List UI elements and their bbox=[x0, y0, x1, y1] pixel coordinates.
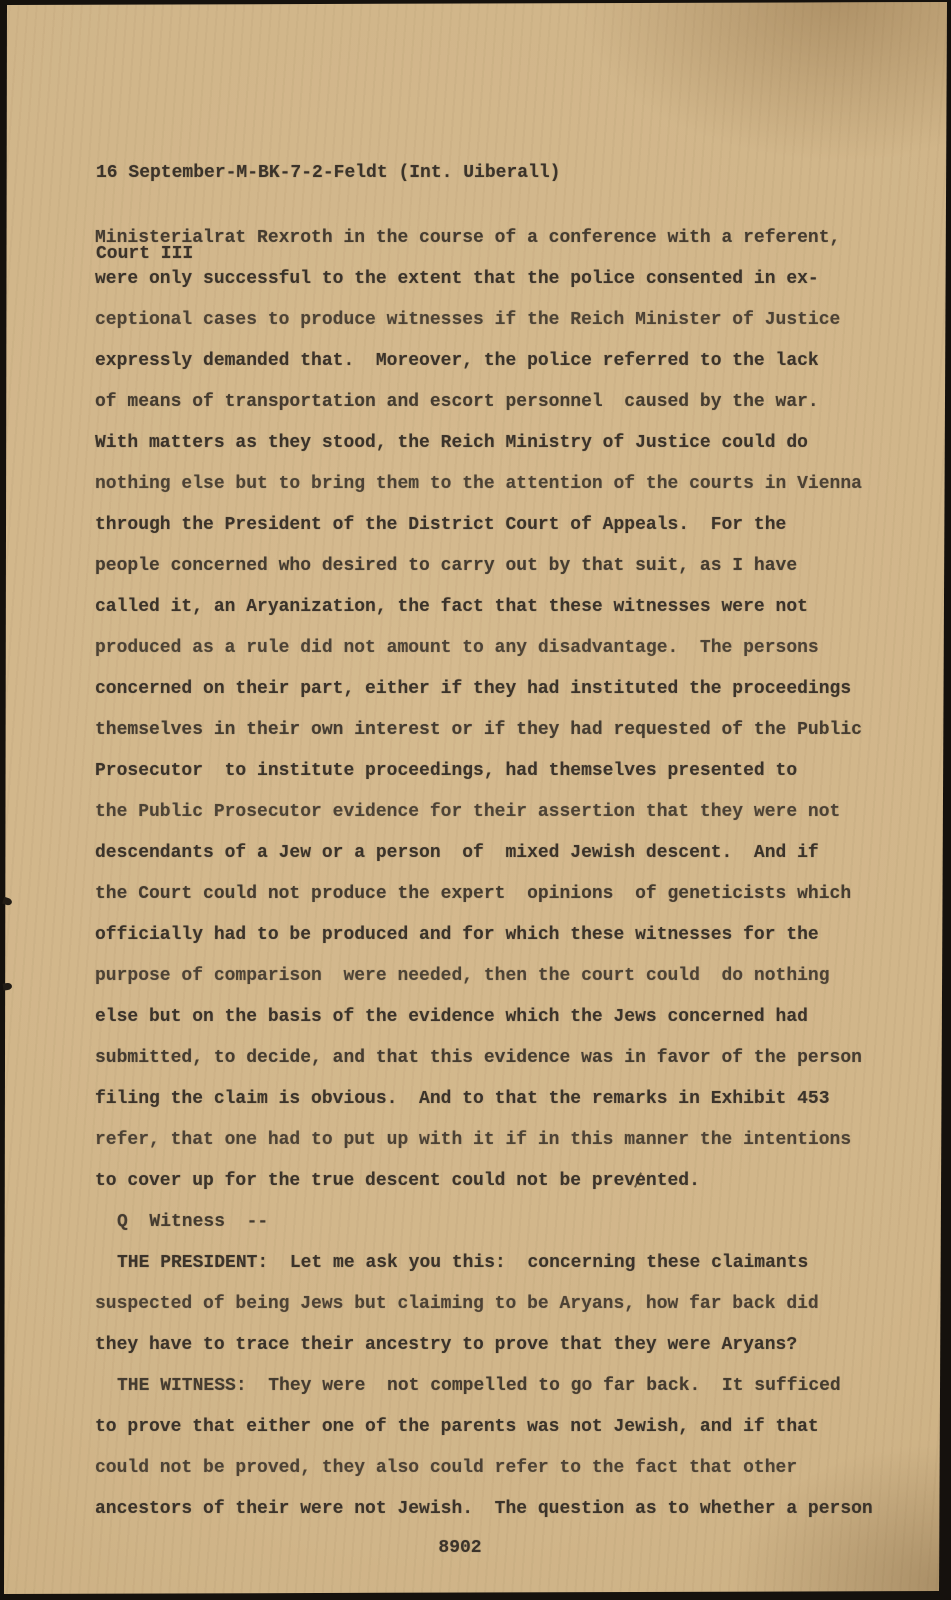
transcript-line: nothing else but to bring them to the at… bbox=[95, 464, 905, 505]
transcript-line: With matters as they stood, the Reich Mi… bbox=[95, 423, 905, 464]
document-page: 16 September-M-BK-7-2-Feldt (Int. Uibera… bbox=[0, 0, 951, 1600]
header-line-1: 16 September-M-BK-7-2-Feldt (Int. Uibera… bbox=[96, 160, 796, 187]
transcript-line: were only successful to the extent that … bbox=[95, 259, 905, 300]
transcript-line: Prosecutor to institute proceedings, had… bbox=[95, 751, 905, 792]
transcript-line: through the President of the District Co… bbox=[95, 505, 905, 546]
transcript-line: to cover up for the true descent could n… bbox=[95, 1161, 905, 1202]
transcript-line: THE PRESIDENT: Let me ask you this: conc… bbox=[95, 1243, 905, 1284]
transcript-line: THE WITNESS: They were not compelled to … bbox=[95, 1366, 905, 1407]
transcript-line: to prove that either one of the parents … bbox=[95, 1407, 905, 1448]
transcript-line: themselves in their own interest or if t… bbox=[95, 710, 905, 751]
transcript-line: expressly demanded that. Moreover, the p… bbox=[95, 341, 905, 382]
transcript-line: officially had to be produced and for wh… bbox=[95, 915, 905, 956]
page-number: 8902 bbox=[95, 1528, 825, 1568]
transcript-body: Ministerialrat Rexroth in the course of … bbox=[95, 218, 905, 1530]
transcript-line: people concerned who desired to carry ou… bbox=[95, 546, 905, 587]
transcript-line: ancestors of their were not Jewish. The … bbox=[95, 1489, 905, 1530]
transcript-line: descendants of a Jew or a person of mixe… bbox=[95, 833, 905, 874]
scan-background: 16 September-M-BK-7-2-Feldt (Int. Uibera… bbox=[0, 0, 951, 1600]
transcript-line: of means of transportation and escort pe… bbox=[95, 382, 905, 423]
transcript-line: the Court could not produce the expert o… bbox=[95, 874, 905, 915]
transcript-line: Q Witness -- bbox=[95, 1202, 905, 1243]
transcript-line: else but on the basis of the evidence wh… bbox=[95, 997, 905, 1038]
transcript-line: suspected of being Jews but claiming to … bbox=[95, 1284, 905, 1325]
transcript-line: they have to trace their ancestry to pro… bbox=[95, 1325, 905, 1366]
transcript-line: the Public Prosecutor evidence for their… bbox=[95, 792, 905, 833]
transcript-line: submitted, to decide, and that this evid… bbox=[95, 1038, 905, 1079]
transcript-line: Ministerialrat Rexroth in the course of … bbox=[95, 218, 905, 259]
transcript-line: purpose of comparison were needed, then … bbox=[95, 956, 905, 997]
transcript-line: concerned on their part, either if they … bbox=[95, 669, 905, 710]
transcript-line: refer, that one had to put up with it if… bbox=[95, 1120, 905, 1161]
transcript-line: ceptional cases to produce witnesses if … bbox=[95, 300, 905, 341]
transcript-line: filing the claim is obvious. And to that… bbox=[95, 1079, 905, 1120]
transcript-line: produced as a rule did not amount to any… bbox=[95, 628, 905, 669]
transcript-line: could not be proved, they also could ref… bbox=[95, 1448, 905, 1489]
transcript-line: called it, an Aryanization, the fact tha… bbox=[95, 587, 905, 628]
